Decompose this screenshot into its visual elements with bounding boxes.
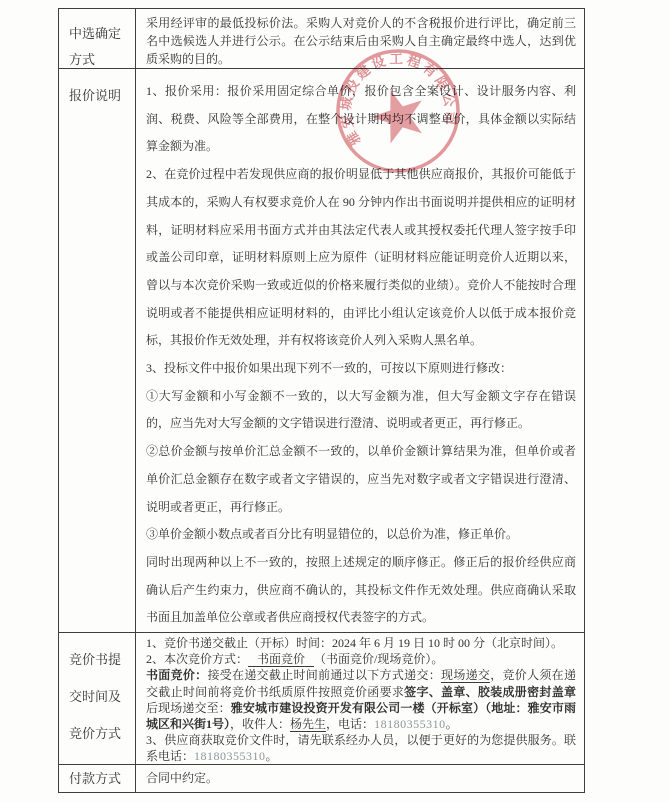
quotation-paragraph-7: 同时出现两种以上不一致的，按照上述规定的顺序修正。修正后的报价经供应商确认后产生… — [146, 549, 576, 632]
sealing-requirements: 签字、盖章、胶装成册密封盖章 — [404, 685, 576, 699]
bid-method-prefix: 2、本次竞价方式： — [146, 652, 248, 666]
contact-paragraph: 3、供应商获取竞价文件时，请先联系经办人员，以便于更好的为您提供服务。联系电话：… — [146, 732, 576, 764]
onsite-delivery-term: 现场递交 — [441, 668, 490, 683]
row-label-bid-submission: 竞价书提交时间及竞价方式 — [59, 633, 136, 765]
table-row-bid-submission: 竞价书提交时间及竞价方式 1、竞价书递交截止（开标）时间：2024 年 6 月 … — [59, 632, 584, 764]
quotation-paragraph-3: 3、投标文件中报价如果出现下列不一致的，可按以下原则进行修改： — [146, 355, 576, 383]
written-bid-paragraph: 书面竞价：接受在递交截止时间前通过以下方式递交：现场递交，竞价人须在递交截止时间… — [146, 667, 576, 732]
recipient-name: 杨先生 — [290, 717, 326, 732]
contact-phone: 18180355310 — [194, 749, 266, 763]
bid-method-suffix: （书面竞价/现场竞价）。 — [314, 652, 443, 666]
written-bid-text-1: 接受在递交截止时间前通过以下方式递交： — [207, 668, 441, 682]
contact-text-end: 。 — [266, 749, 278, 763]
bid-method-value: 书面竞价 — [248, 652, 314, 667]
table-row-payment-method: 付款方式 合同中约定。 — [59, 764, 584, 792]
written-bid-text-5: ，电话： — [326, 717, 374, 731]
recipient-phone: 18180355310 — [374, 717, 446, 731]
row-label-selection-method: 中选确定方式 — [59, 9, 136, 73]
row-content-selection-method: 采用经评审的最低投标价法。采购人对竞价人的不含税报价进行评比，确定前三名中选候选… — [136, 9, 584, 73]
bid-deadline-line: 1、竞价书递交截止（开标）时间：2024 年 6 月 19 日 10 时 00 … — [146, 635, 576, 651]
written-bid-text-6: 。 — [446, 717, 458, 731]
quotation-paragraph-5: ②总价金额与按单价汇总金额不一致的，以单价金额计算结果为准，但单价或者单价汇总金… — [146, 438, 576, 521]
quotation-paragraph-4: ①大写金额和小写金额不一致的，以大写金额为准，但大写金额文字存在错误的，应当先对… — [146, 383, 576, 438]
written-bid-term: 书面竞价： — [146, 668, 207, 682]
row-content-quotation-notes: 1、报价采用：报价采用固定综合单价，报价包含全案设计、设计服务内容、利润、税费、… — [136, 69, 584, 632]
quotation-paragraph-1: 1、报价采用：报价采用固定综合单价，报价包含全案设计、设计服务内容、利润、税费、… — [146, 78, 576, 161]
table-row-selection-method: 中选确定方式 采用经评审的最低投标价法。采购人对竞价人的不含税报价进行评比，确定… — [59, 9, 584, 68]
row-content-payment-method: 合同中约定。 — [136, 765, 584, 793]
bid-method-line: 2、本次竞价方式：书面竞价（书面竞价/现场竞价）。 — [146, 651, 576, 667]
written-bid-text-3: 后现场递交至： — [146, 701, 231, 715]
document-page: 中选确定方式 采用经评审的最低投标价法。采购人对竞价人的不含税报价进行评比，确定… — [0, 0, 669, 802]
quotation-paragraph-6: ③单价金额小数点或者百分比有明显错位的，以总价为准，修正单价。 — [146, 521, 576, 549]
row-label-quotation-notes: 报价说明 — [59, 69, 136, 632]
written-bid-text-4: ，收件人： — [230, 717, 290, 731]
row-label-payment-method: 付款方式 — [59, 765, 136, 793]
table-row-quotation-notes: 报价说明 1、报价采用：报价采用固定综合单价，报价包含全案设计、设计服务内容、利… — [59, 68, 584, 632]
procurement-terms-table: 中选确定方式 采用经评审的最低投标价法。采购人对竞价人的不含税报价进行评比，确定… — [58, 8, 585, 793]
quotation-paragraph-2: 2、在竞价过程中若发现供应商的报价明显低于其他供应商报价，其报价可能低于其成本的… — [146, 161, 576, 355]
row-content-bid-submission: 1、竞价书递交截止（开标）时间：2024 年 6 月 19 日 10 时 00 … — [136, 633, 584, 765]
